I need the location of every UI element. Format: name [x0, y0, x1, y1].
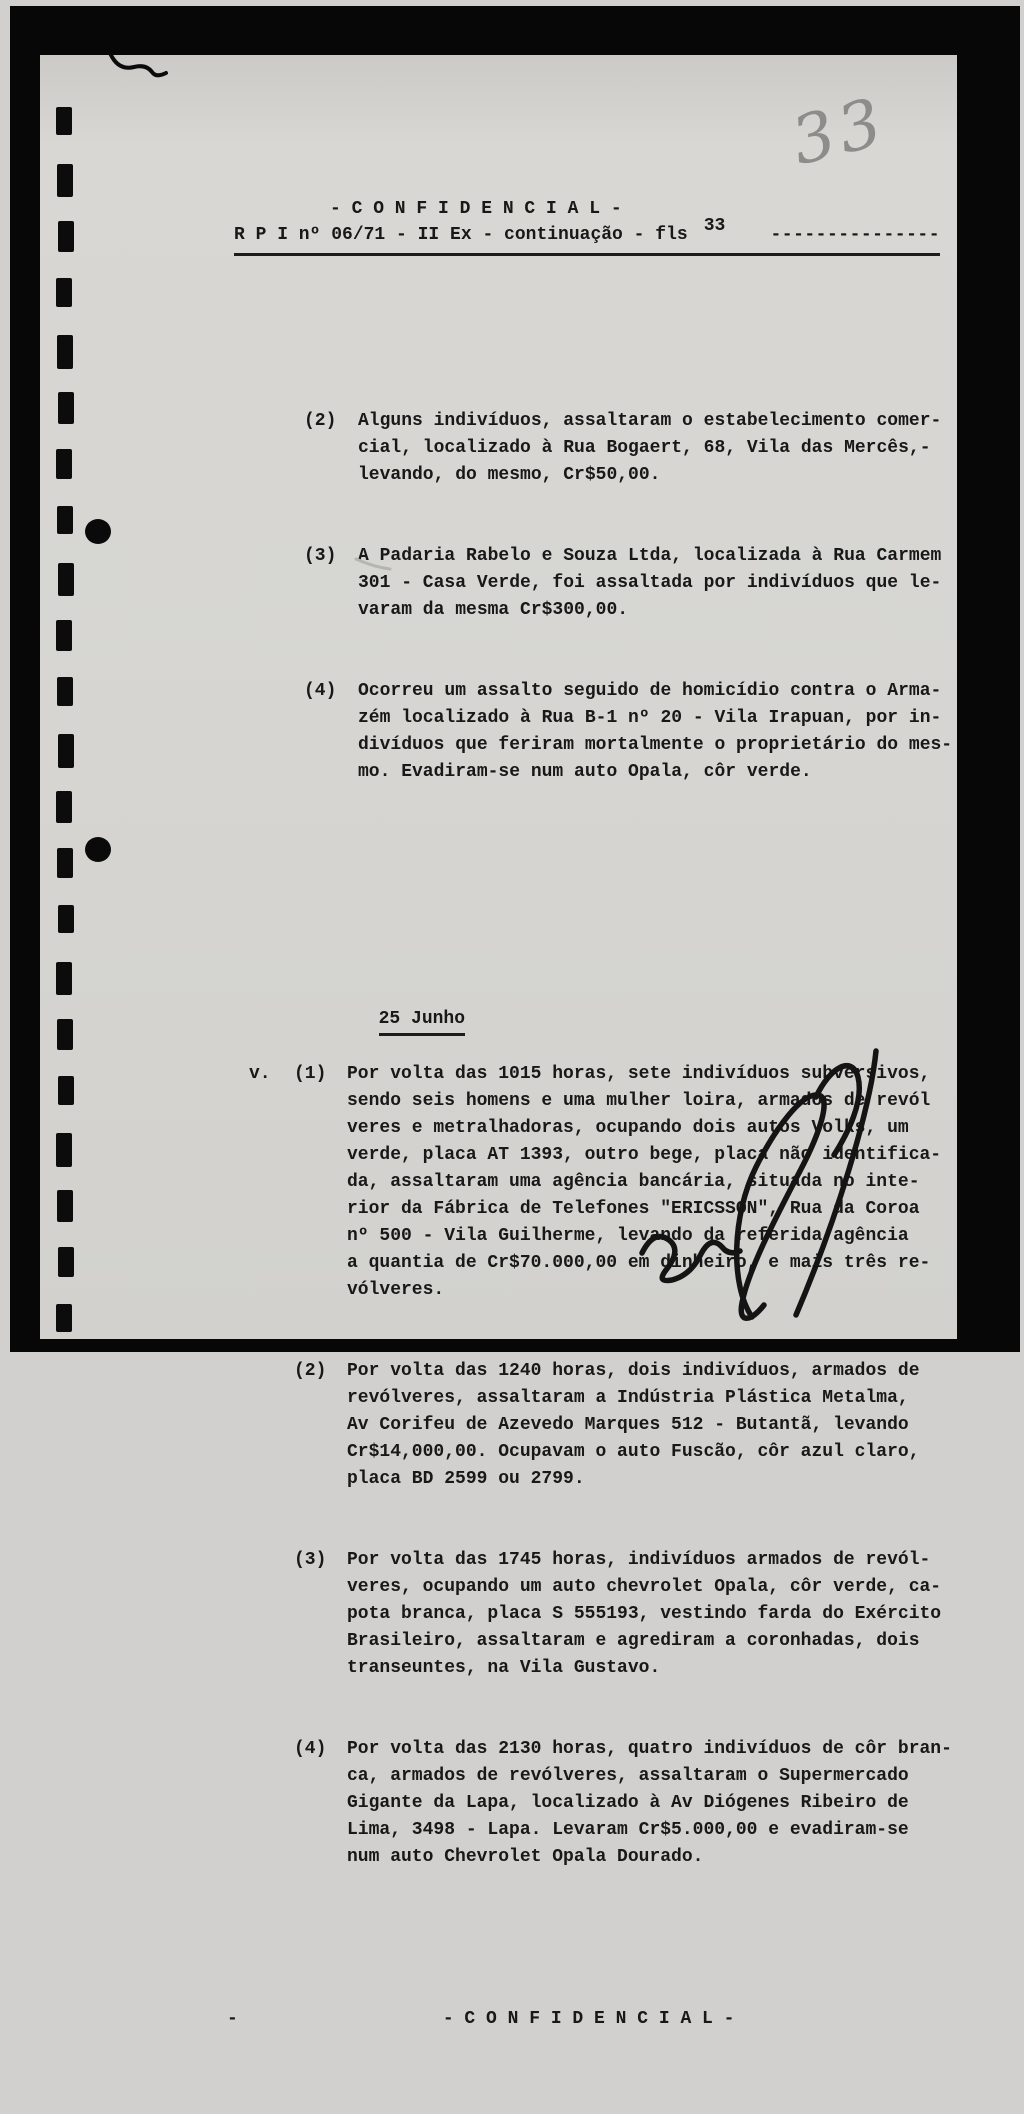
- section-heading-row: 25 Junho: [40, 975, 957, 1007]
- item-number: (1): [294, 1061, 347, 1304]
- list-item: (3) A Padaria Rabelo e Souza Ltda, local…: [304, 543, 957, 624]
- paper: 33 - C O N F I D E N C I A L - R P I nº …: [40, 55, 957, 1339]
- text-line: zém localizado à Rua B-1 nº 20 - Vila Ir…: [358, 705, 957, 732]
- item-number: (4): [304, 678, 358, 786]
- text-line: varam da mesma Cr$300,00.: [358, 597, 957, 624]
- binding-mark: [57, 164, 73, 197]
- item-number: (2): [304, 408, 358, 489]
- item-lead: [249, 1358, 294, 1363]
- text-line: Ocorreu um assalto seguido de homicídio …: [358, 678, 957, 705]
- handwritten-page-number: 33: [784, 83, 894, 180]
- document-body: (2) Alguns indivíduos, assaltaram o esta…: [40, 273, 957, 1363]
- list-item: v. (1) Por volta das 1015 horas, sete in…: [249, 1061, 957, 1304]
- binding-mark: [58, 221, 74, 252]
- text-line: rior da Fábrica de Telefones "ERICSSON",…: [347, 1196, 957, 1223]
- list-item: (2) Alguns indivíduos, assaltaram o esta…: [304, 408, 957, 489]
- dashes-line: ---------------: [770, 222, 940, 249]
- section-june-25: 25 Junho v. (1) Por volta das 1015 horas…: [40, 921, 957, 1363]
- text-line: mo. Evadiram-se num auto Opala, côr verd…: [358, 759, 957, 786]
- item-text: A Padaria Rabelo e Souza Ltda, localizad…: [358, 543, 957, 624]
- scan-background: 33 - C O N F I D E N C I A L - R P I nº …: [0, 0, 1024, 1363]
- item-text: Por volta das 1015 horas, sete indivíduo…: [347, 1061, 957, 1304]
- reference-line: R P I nº 06/71 - II Ex - continuação - f…: [234, 222, 940, 256]
- text-line: Alguns indivíduos, assaltaram o estabele…: [358, 408, 957, 435]
- classification-header: - C O N F I D E N C I A L -: [330, 196, 622, 223]
- text-line: vólveres.: [347, 1277, 957, 1304]
- item-text: Alguns indivíduos, assaltaram o estabele…: [358, 408, 957, 489]
- text-line: levando, do mesmo, Cr$50,00.: [358, 462, 957, 489]
- text-line: nº 500 - Vila Guilherme, levando da refe…: [347, 1223, 957, 1250]
- text-line: divíduos que feriram mortalmente o propr…: [358, 732, 957, 759]
- item-number: (2): [294, 1358, 347, 1363]
- page-number: 33: [704, 213, 726, 240]
- text-line: da, assaltaram uma agência bancária, sit…: [347, 1169, 957, 1196]
- item-text: Por volta das 1240 horas, dois indivíduo…: [347, 1358, 957, 1363]
- text-line: A Padaria Rabelo e Souza Ltda, localizad…: [358, 543, 957, 570]
- reference-text: R P I nº 06/71 - II Ex - continuação - f…: [234, 222, 688, 249]
- item-number: (3): [304, 543, 358, 624]
- text-line: Por volta das 1240 horas, dois indivíduo…: [347, 1358, 957, 1363]
- text-line: verde, placa AT 1393, outro bege, placa …: [347, 1142, 957, 1169]
- section-incidents: (2) Alguns indivíduos, assaltaram o esta…: [40, 354, 957, 840]
- section-heading: 25 Junho: [379, 1007, 465, 1036]
- binding-mark: [56, 107, 72, 135]
- text-line: Por volta das 1015 horas, sete indivíduo…: [347, 1061, 957, 1088]
- photo-frame: 33 - C O N F I D E N C I A L - R P I nº …: [10, 6, 1020, 1352]
- list-item: (4) Ocorreu um assalto seguido de homicí…: [304, 678, 957, 786]
- item-text: Ocorreu um assalto seguido de homicídio …: [358, 678, 957, 786]
- text-line: veres e metralhadoras, ocupando dois aut…: [347, 1115, 957, 1142]
- text-line: a quantia de Cr$70.000,00 em dinheiro, e…: [347, 1250, 957, 1277]
- top-tear-mark: [110, 55, 166, 75]
- text-line: sendo seis homens e uma mulher loira, ar…: [347, 1088, 957, 1115]
- list-item: (2) Por volta das 1240 horas, dois indiv…: [249, 1358, 957, 1363]
- item-lead: v.: [249, 1061, 294, 1304]
- text-line: cial, localizado à Rua Bogaert, 68, Vila…: [358, 435, 957, 462]
- text-line: 301 - Casa Verde, foi assaltada por indi…: [358, 570, 957, 597]
